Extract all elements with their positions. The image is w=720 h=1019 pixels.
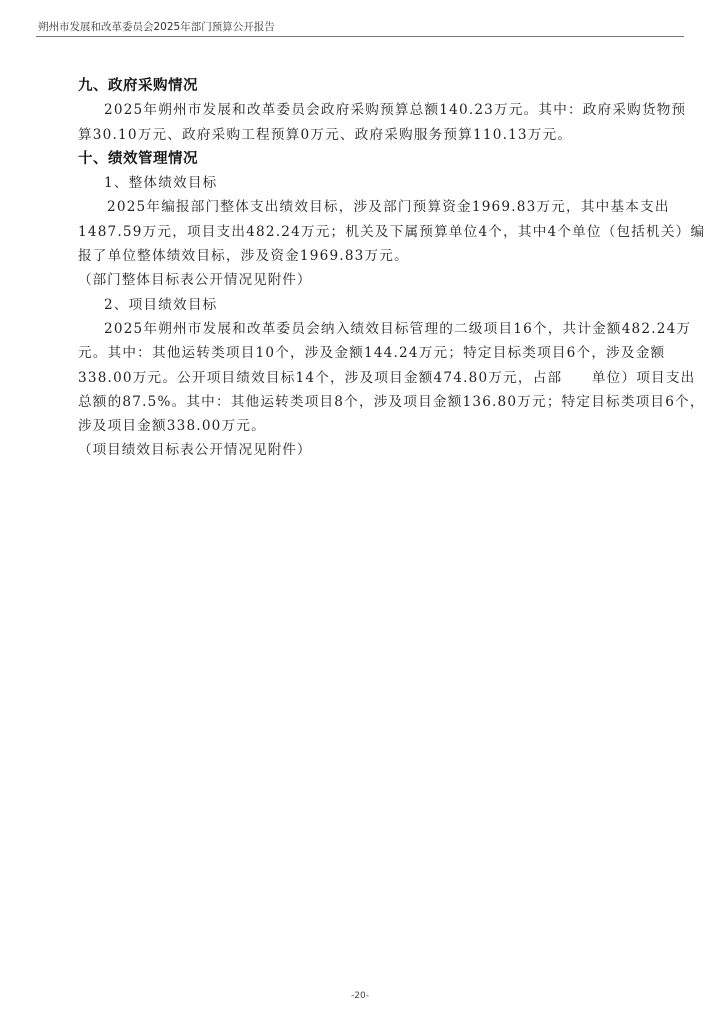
paragraph-line: 2025年朔州市发展和改革委员会纳入绩效目标管理的二级项目16个，共计金额482…	[78, 317, 648, 341]
report-title: 朔州市发展和改革委员会2025年部门预算公开报告	[38, 19, 275, 34]
subheading-overall-goals: 1、整体绩效目标	[78, 171, 648, 195]
paragraph-line: 1487.59万元，项目支出482.24万元；机关及下属预算单位4个，其中4个单…	[78, 220, 648, 244]
document-body: 九、政府采购情况 2025年朔州市发展和改革委员会政府采购预算总额140.23万…	[78, 74, 648, 463]
paragraph-line: 2025年编报部门整体支出绩效目标，涉及部门预算资金1969.83万元，其中基本…	[78, 195, 648, 219]
attachment-note-project: （项目绩效目标表公开情况见附件）	[78, 438, 648, 462]
paragraph-line: 算30.10万元、政府采购工程预算0万元、政府采购服务预算110.13万元。	[78, 123, 648, 147]
attachment-note-overall: （部门整体目标表公开情况见附件）	[78, 268, 648, 292]
section-heading-performance: 十、绩效管理情况	[78, 147, 648, 171]
paragraph-line: 元。其中：其他运转类项目10个，涉及金额144.24万元；特定目标类项目6个，涉…	[78, 341, 648, 365]
paragraph-line: 2025年朔州市发展和改革委员会政府采购预算总额140.23万元。其中：政府采购…	[78, 98, 648, 122]
page-number: -20-	[0, 991, 720, 1001]
paragraph-line: 涉及项目金额338.00万元。	[78, 414, 648, 438]
paragraph-line: 总额的87.5%。其中：其他运转类项目8个，涉及项目金额136.80万元；特定目…	[78, 390, 648, 414]
page-header: 朔州市发展和改革委员会2025年部门预算公开报告	[36, 17, 684, 37]
paragraph-line: 报了单位整体绩效目标，涉及资金1969.83万元。	[78, 244, 648, 268]
section-heading-procurement: 九、政府采购情况	[78, 74, 648, 98]
subheading-project-goals: 2、项目绩效目标	[78, 293, 648, 317]
paragraph-line: 338.00万元。公开项目绩效目标14个，涉及项目金额474.80万元，占部 单…	[78, 366, 648, 390]
